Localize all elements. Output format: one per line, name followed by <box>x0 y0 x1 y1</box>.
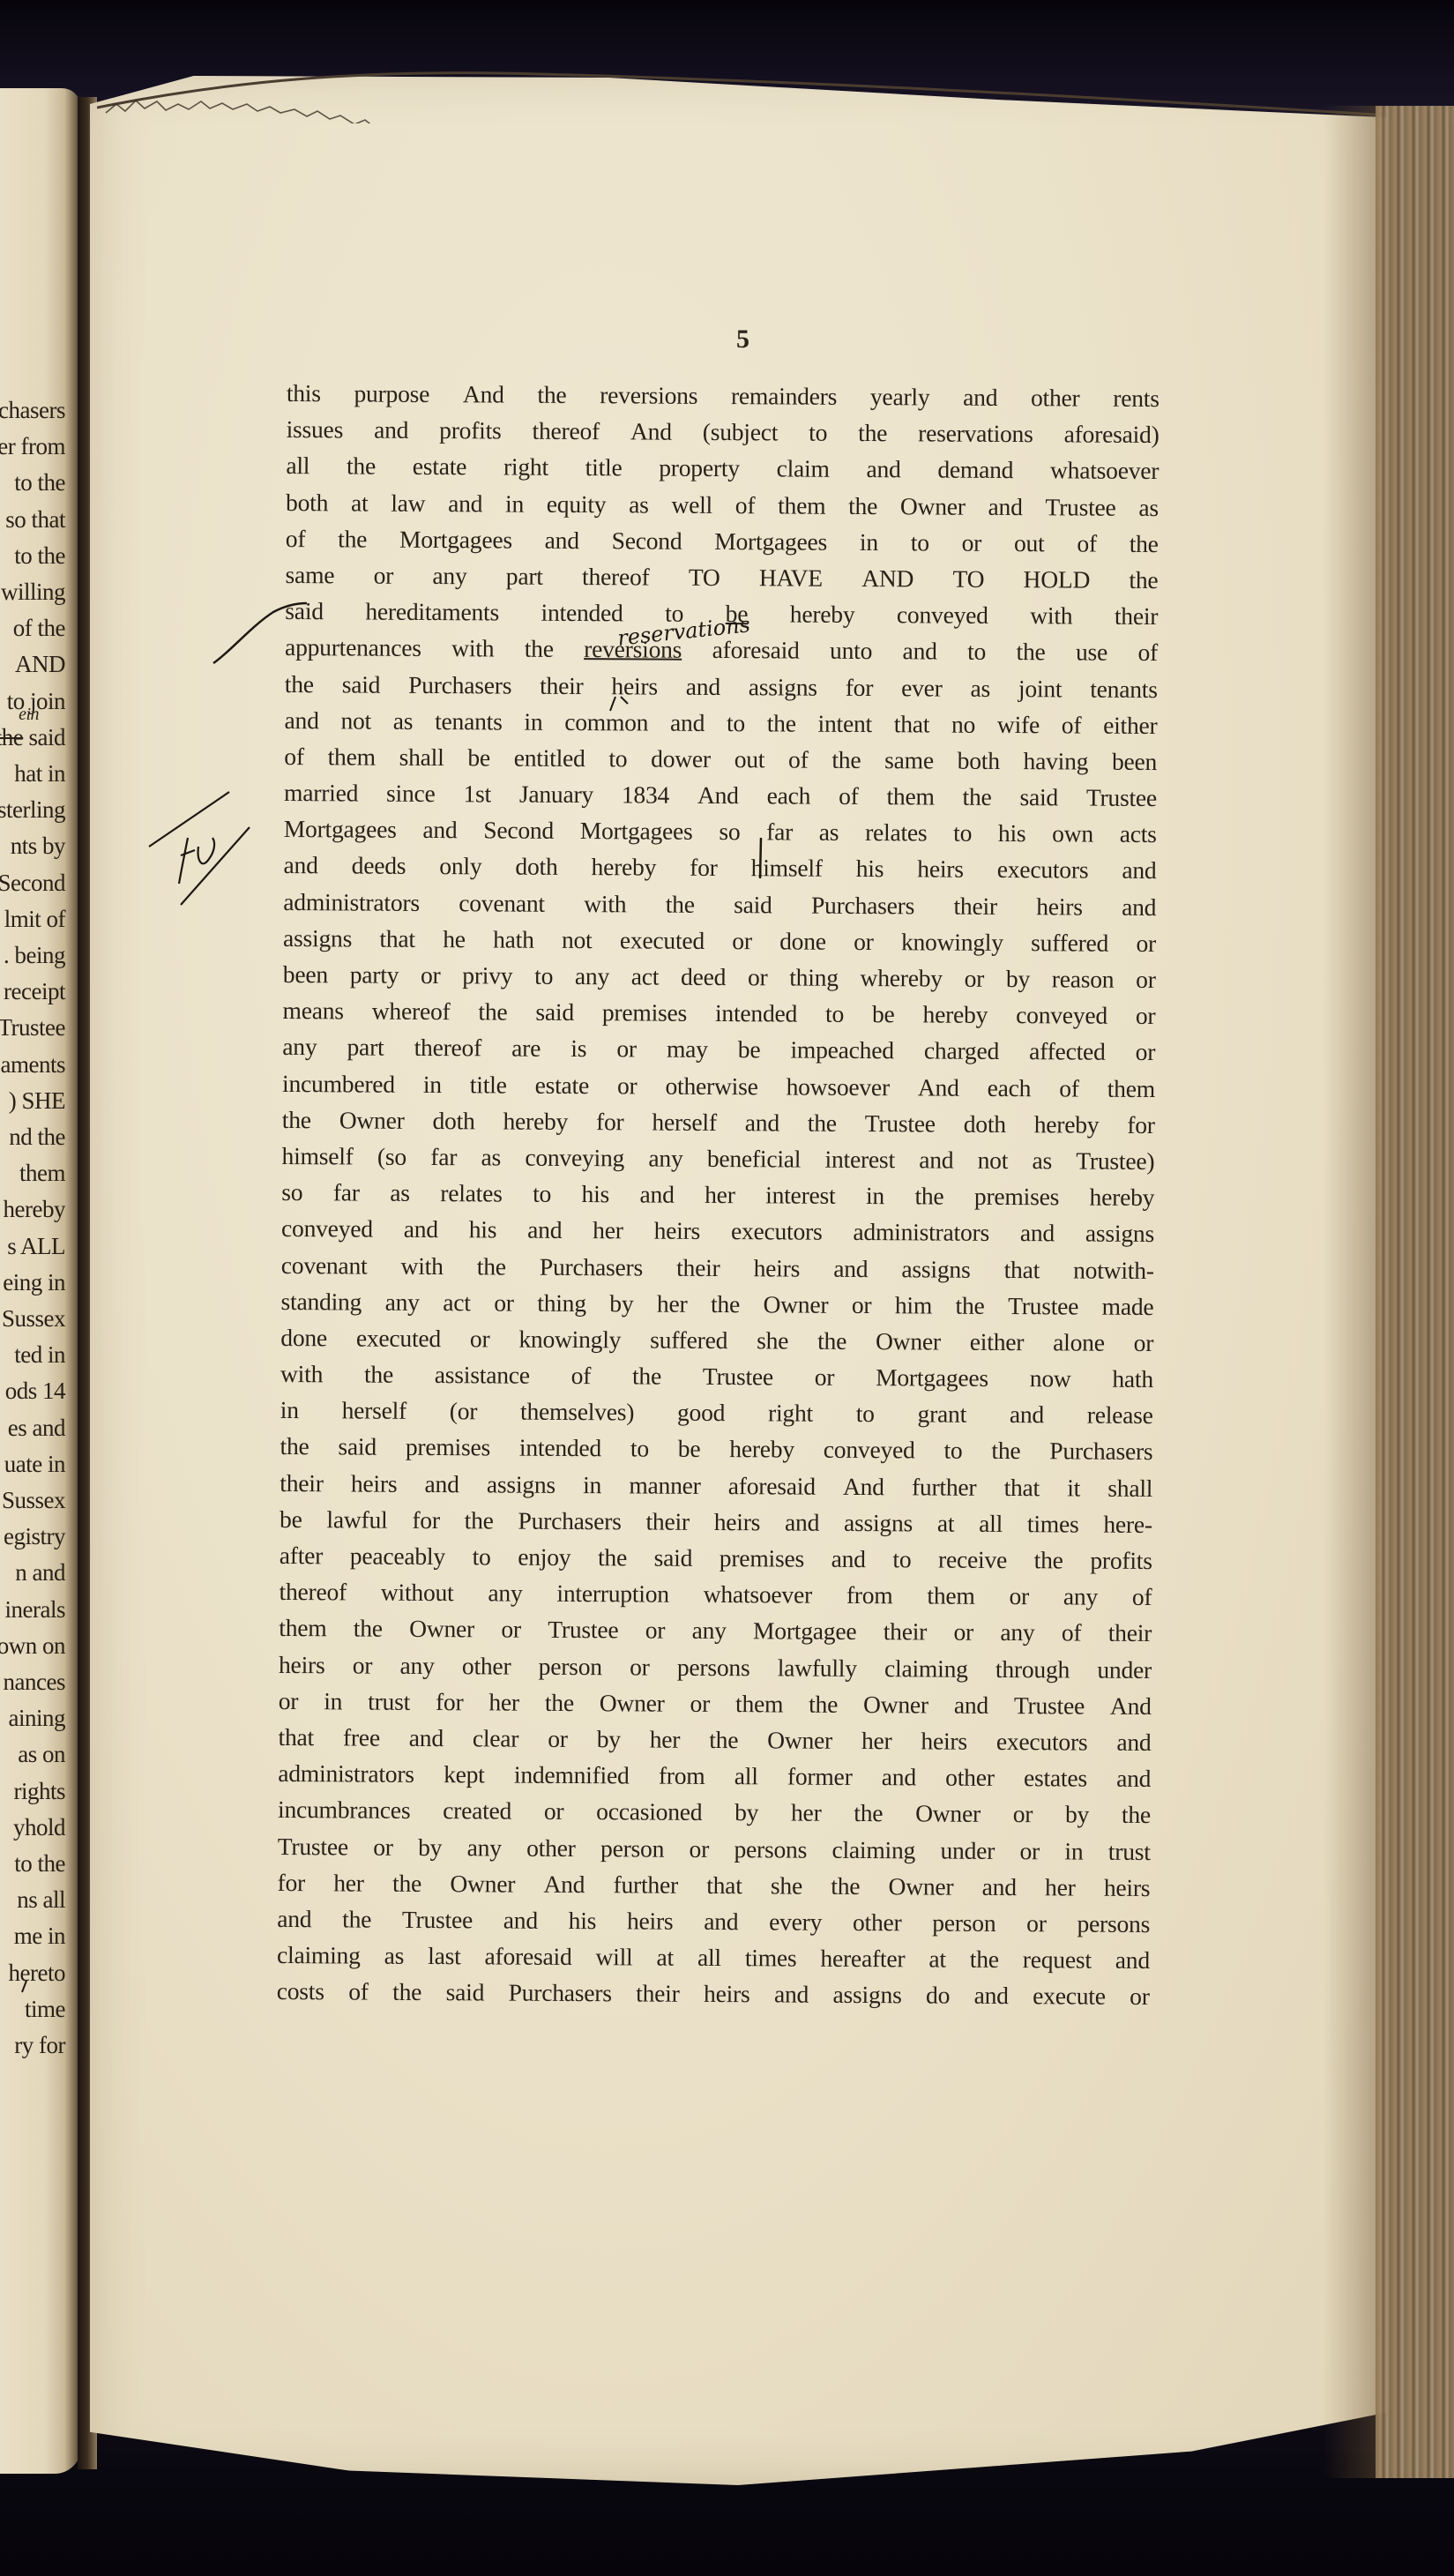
left-page-text-line: as on <box>18 1741 65 1768</box>
text-line: themtheOwnerorTrusteeoranyMortgageetheir… <box>279 1609 1152 1651</box>
text-line: sameoranypartthereofTOHAVEANDTOHOLDthe <box>285 556 1158 598</box>
text-line: bothatlawandinequityaswellofthemtheOwner… <box>286 484 1159 526</box>
text-line: covenantwiththePurchaserstheirheirsandas… <box>281 1246 1154 1288</box>
left-page-text-line: nts by <box>11 833 65 860</box>
left-page-text-line: of the <box>13 615 65 642</box>
text-line: forhertheOwnerAndfurtherthatshetheOwnera… <box>277 1864 1150 1906</box>
text-line: beenpartyorprivytoanyactdeedorthingwhere… <box>283 956 1156 997</box>
left-page-text-line: . being <box>4 942 65 969</box>
left-page-text-line: willing <box>1 579 65 606</box>
text-line: costsofthesaidPurchaserstheirheirsandass… <box>277 1973 1150 2014</box>
left-page-text-line: Sussex <box>2 1487 65 1514</box>
text-line: administratorskeptindemnifiedfromallform… <box>278 1755 1151 1796</box>
left-page-text-line: yhold <box>13 1814 65 1841</box>
text-line: assignsthathehathnotexecutedordoneorknow… <box>283 920 1156 961</box>
text-line: incumbrancescreatedoroccasionedbyhertheO… <box>278 1791 1151 1833</box>
page-edges-stack <box>1376 106 1454 2478</box>
left-page-text-line: ns all <box>17 1886 65 1914</box>
left-page-text-line: nances <box>4 1669 65 1696</box>
left-page-text-line: them <box>19 1160 65 1187</box>
text-line: marriedsince1stJanuary1834Andeachofthemt… <box>284 774 1157 816</box>
text-line: claimingaslastaforesaidwillatalltimesher… <box>277 1937 1150 1978</box>
left-page-text-line: Sussex <box>2 1305 65 1333</box>
left-page-text-line: to the <box>14 1850 65 1878</box>
left-page-fragment: chaserser fromto theso thatto thewilling… <box>0 88 81 2474</box>
page-number: 5 <box>736 325 749 355</box>
text-line: alltheestaterighttitlepropertyclaimandde… <box>286 447 1159 489</box>
text-line: orintrustforhertheOwnerorthemtheOwnerand… <box>279 1683 1152 1724</box>
text-line: thispurposeAndthereversionsremaindersyea… <box>287 375 1159 416</box>
left-page-text-line: ry for <box>14 2032 65 2059</box>
text-line: MortgageesandSecondMortgageessofarasrela… <box>284 810 1157 852</box>
left-page-text-line: so that <box>5 506 65 534</box>
text-line: theOwnerdothherebyforherselfandtheTruste… <box>282 1101 1155 1143</box>
text-line: administratorscovenantwiththesaidPurchas… <box>283 884 1156 925</box>
left-page-text-line: to the <box>14 469 65 497</box>
left-page-text-line: aments <box>1 1051 65 1079</box>
text-line: incumberedintitleestateorotherwisehowsoe… <box>282 1065 1155 1107</box>
text-line: issuesandprofitsthereofAnd(subjecttother… <box>286 411 1159 452</box>
left-page-text-line: hat in <box>14 760 65 788</box>
left-page-text-line: chasers <box>0 397 65 424</box>
left-page-text-line: ) SHE <box>9 1087 65 1115</box>
left-page-text-line: hereby <box>4 1196 65 1223</box>
text-line: andtheTrusteeandhisheirsandeveryotherper… <box>277 1900 1150 1942</box>
text-line: Trusteeorbyanyotherpersonorpersonsclaimi… <box>278 1827 1151 1869</box>
left-page-text-line: receipt <box>4 978 65 1005</box>
left-page-text-line: eing in <box>3 1269 65 1296</box>
left-page-text-line: Second <box>0 870 65 897</box>
left-page-text-line: lmit of <box>4 906 65 933</box>
left-page-handwritten-insertion: ein <box>19 705 39 725</box>
text-line: thesaidPurchaserstheirheirsandassignsfor… <box>285 665 1158 706</box>
text-line: theirheirsandassignsinmanneraforesaidAnd… <box>280 1465 1152 1506</box>
text-line: withtheassistanceoftheTrusteeorMortgagee… <box>280 1355 1153 1397</box>
left-page-text-line: es and <box>8 1415 65 1442</box>
left-page-text-line: inerals <box>5 1596 65 1624</box>
left-page-text-line: ted in <box>14 1341 65 1369</box>
left-page-text-line: aining <box>9 1705 66 1732</box>
text-line: heirsoranyotherpersonorpersonslawfullycl… <box>279 1646 1152 1688</box>
text-line: andnotastenantsincommonandtotheintenttha… <box>284 702 1157 743</box>
left-page-text-line: hereto <box>9 1960 65 1987</box>
left-page-text-line: me in <box>14 1923 65 1950</box>
text-line: oftheMortgageesandSecondMortgageesintoor… <box>286 520 1159 562</box>
left-page-text-line: to the <box>14 542 65 570</box>
text-line: thereofwithoutanyinterruptionwhatsoeverf… <box>279 1573 1152 1615</box>
left-page-text-line: ods 14 <box>5 1378 65 1405</box>
left-page-text-line: sterling <box>0 796 65 824</box>
left-page-text-line: n and <box>15 1559 65 1587</box>
left-page-text-line: er from <box>0 433 65 460</box>
left-page-text-line: s ALL <box>7 1233 65 1260</box>
text-line: thesaidpremisesintendedtobeherebyconveye… <box>280 1428 1152 1469</box>
left-page-text-line: nd the <box>9 1124 65 1151</box>
text-line: ofthemshallbeentitledtodoweroutofthesame… <box>284 738 1157 780</box>
left-page-text-line: the said <box>0 724 65 751</box>
text-line: belawfulforthePurchaserstheirheirsandass… <box>280 1501 1152 1542</box>
text-line: anypartthereofareisormaybeimpeachedcharg… <box>282 1028 1155 1070</box>
text-line: conveyedandhisandherheirsexecutorsadmini… <box>281 1210 1154 1251</box>
text-line: himself(sofarasconveyinganybeneficialint… <box>281 1138 1154 1179</box>
text-line: thatfreeandclearorbyhertheOwnerherheirse… <box>278 1719 1151 1760</box>
text-line: anddeedsonlydothherebyforhimselfhisheirs… <box>283 847 1156 888</box>
left-page-text-line: time <box>25 1996 65 2023</box>
left-page-text-line: own on <box>0 1632 65 1660</box>
text-line: afterpeaceablytoenjoythesaidpremisesandt… <box>280 1537 1152 1579</box>
text-line: meanswhereofthesaidpremisesintendedtobeh… <box>282 992 1155 1034</box>
text-line: sofarasrelatestohisandherinterestinthepr… <box>281 1174 1154 1215</box>
left-page-text-line: egistry <box>4 1523 65 1550</box>
left-page-text-line: uate in <box>4 1451 65 1478</box>
text-line: doneexecutedorknowinglysufferedshetheOwn… <box>280 1319 1153 1361</box>
left-page-text-line: Trustee <box>0 1014 65 1042</box>
text-line: inherself(orthemselves)goodrighttogranta… <box>280 1392 1153 1433</box>
text-line: standinganyactorthingbyhertheOwnerorhimt… <box>280 1283 1153 1325</box>
left-page-text-line: rights <box>13 1778 65 1805</box>
left-page-text-line: AND <box>15 651 65 678</box>
